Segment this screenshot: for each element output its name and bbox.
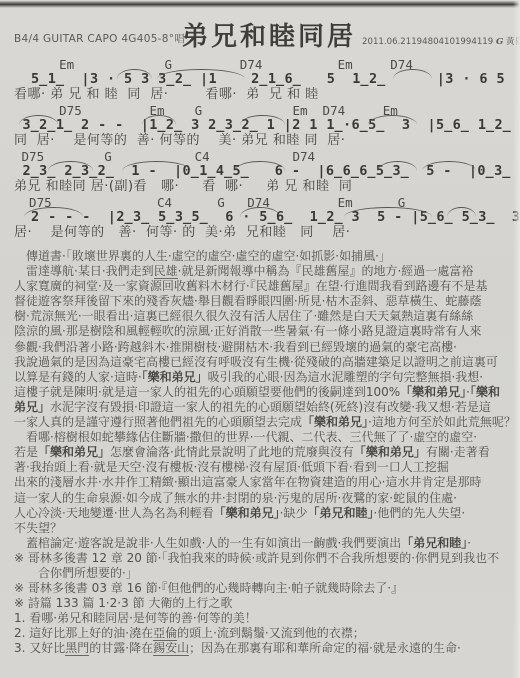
text-segment: 若是: [14, 445, 38, 459]
header: B4/4 GUITAR CAPO 4G405-8°唱 弟兄和睦同居 2011.0…: [14, 24, 506, 50]
text-segment: 出來的淺層水井·水井作工精緻·顯出這富豪人家當年在物資建造的用心·這水井肯定是那…: [14, 475, 481, 489]
text-segment: ※ 詩篇 133 篇 1·2·3 節 大衛的上行之歌: [14, 596, 232, 610]
text-segment: 怎麼會淪落·此情此景說明了此地的荒廢與沒有: [110, 445, 354, 459]
text-segment: ·就是新聞報導中稱為『民雄舊屋』的地方·經過一處富裕: [178, 264, 474, 278]
text-segment: 這一家人的生命泉源·如今成了無水的井·封閉的泉·污鬼的居所·夜鷺的家·蛇鼠的住處…: [14, 491, 457, 505]
scan-right-edge: [513, 0, 520, 678]
text-segment: 蓋棺論定·遊客說是說非·人生如戲·人的一生有如演出一齣戲·我們要演出: [26, 536, 401, 550]
text-segment: 人家寬廣的祠堂·及一家資源回收舊料木材行·『民雄舊屋』在望·行進間我看到路邊有不…: [14, 279, 487, 293]
prose-line: 合你們所想要的·」: [14, 566, 506, 581]
sheet-page: B4/4 GUITAR CAPO 4G405-8°唱 弟兄和睦同居 2011.0…: [0, 24, 520, 657]
song-meta: 2011.06.21194804101994119 G 黃昏的故鄉 劉瑞國: [362, 35, 520, 50]
text-segment: 著·我抬頭上看·就是天空·沒有樓板·沒有樓梯·沒有屋頂·低頭下看·看到一口人工挖…: [14, 460, 449, 474]
prose-line: 這樓子就是陳明·就是這一家人的祖先的心頭願望要他們的後嗣達到100%「樂和弟兄」…: [14, 385, 506, 400]
music-system: D75 Em G Em D74 Em 3̲2̲1̲ 2 - - |1̲2̲ 3 …: [14, 104, 506, 150]
text-segment: 人心冷淡·天地變遷·世人為名為利輕看: [14, 506, 214, 520]
proper-noun-underlined: 民雄: [154, 264, 178, 279]
prose-line: 不失望？: [14, 521, 506, 536]
text-segment: 3. 又好比: [14, 641, 65, 655]
proper-noun-underlined: 亞倫: [153, 626, 177, 641]
prose-line: 1. 看哪·弟兄和睦同居·是何等的善·何等的美！: [14, 611, 506, 626]
text-segment: 傳道書·「敗壞世界裏的人生·虛空的虛空·虛空的虛空·如抓影·如捕風·」: [26, 249, 391, 263]
testimony-text: 傳道書·「敗壞世界裏的人生·虛空的虛空·虛空的虛空·如抓影·如捕風·」雷達導航·…: [14, 249, 506, 657]
prose-line: 弟兄」水泥字沒有毀損·印證這一家人的祖先的心頭願望始終(死終)沒有改變·我又想·…: [14, 400, 506, 415]
scanned-song-sheet: { "header": { "left": "B4/4 GUITAR CAPO …: [0, 0, 520, 678]
prose-line: 以算是有錢的人家·這時·「樂和弟兄」吸引我的心眼·因為這水泥雕塑的字句完整無損·…: [14, 370, 506, 385]
prose-line: 樹·荒涼無光·一眼看出·這裏已經很久很久沒有活人居住了·雖然是白天天氣熱這裏有絲…: [14, 309, 506, 324]
prose-line: 陰涼的風·那是樹陰和風輕輕吹的涼風·正好消散一些暑氣·有一條小路見證這裏時常有人…: [14, 324, 506, 339]
note-line: 5̲1̲ |3 · 5 3 3̲2̲ |1 2̲1̲6̲ 5 1̲2̲ |3 ·…: [14, 72, 506, 87]
text-segment: 看哪·榕樹根如蛇攀緣佔住斷牆·撒但的世界·一代親、二代表、三代無了了·虛空的虛空…: [26, 430, 477, 444]
text-segment: ·缺少: [280, 506, 308, 520]
prose-line: ※ 哥林多後書 03 章 16 節·『但他們的心幾時轉向主·帕子就幾時除去了·』: [14, 581, 506, 596]
text-segment: 陰涼的風·那是樹陰和風輕輕吹的涼風·正好消散一些暑氣·有一條小路見證這裏時常有人…: [14, 324, 481, 338]
song-title: 弟兄和睦同居: [182, 24, 356, 50]
music-system: Em G D74 Em D74 5̲1̲ |3 · 5 3 3̲2̲ |1 2̲…: [14, 58, 506, 104]
prose-line: 我說過氣的是因為這豪宅高樓已經沒有呼吸沒有生機·從殘破的高牆建築足以證明之前這裏…: [14, 355, 506, 370]
prose-line: 看哪·榕樹根如蛇攀緣佔住斷牆·撒但的世界·一代親、二代表、三代無了了·虛空的虛空…: [14, 430, 506, 445]
text-segment: 吸引我的心眼·因為這水泥雕塑的字句完整無損·我想·: [208, 370, 483, 384]
text-segment: 水泥字沒有毀損·印證這一家人的祖先的心頭願望始終(死終)沒有改變·我又想·若是這: [50, 400, 491, 414]
lyric-line: 看哪· 弟 兄 和 睦 同 居· 看哪· 弟 兄 和 睦: [14, 87, 506, 103]
emphasized-text: 「樂和弟兄」: [302, 415, 368, 429]
prose-line: 3. 又好比黑門的甘露·降在錫安山；因為在那裏有耶和華所命定的福·就是永遠的生命…: [14, 641, 506, 656]
proper-noun-underlined: 黑門: [65, 641, 89, 656]
emphasized-text: 弟兄」: [14, 400, 50, 414]
text-segment: 一家人真的是謹守遵行照著他們祖先的心頭願望去完成: [14, 415, 302, 429]
text-segment: 我說過氣的是因為這豪宅高樓已經沒有呼吸沒有生機·從殘破的高牆建築足以證明之前這裏…: [14, 355, 498, 369]
text-segment: 的頭上·流到鬍鬚·又流到他的衣襟；: [177, 626, 365, 640]
text-segment: ·: [467, 536, 471, 550]
lyric-line: 弟兄 和睦同 居·(副)看 哪· 看 哪· 弟 兄 和睦 同: [14, 179, 506, 195]
emphasized-text: 「弟兄和睦」: [401, 536, 467, 550]
prose-line: 這一家人的生命泉源·如今成了無水的井·封閉的泉·污鬼的居所·夜鷺的家·蛇鼠的住處…: [14, 491, 506, 506]
text-segment: 的甘露·降在: [89, 641, 153, 655]
prose-line: 督徒遊客祭拜後留下來的殘香灰燼·舉目觀看睜眼四圍·所見·枯木歪斜、惡草橫生、蛇藤…: [14, 294, 506, 309]
emphasized-text: 「樂和弟兄」: [354, 445, 426, 459]
prose-line: ※ 詩篇 133 篇 1·2·3 節 大衛的上行之歌: [14, 596, 506, 611]
text-segment: 合你們所想要的·」: [38, 566, 138, 580]
prose-line: 人家寬廣的祠堂·及一家資源回收舊料木材行·『民雄舊屋』在望·行進間我看到路邊有不…: [14, 279, 506, 294]
emphasized-text: 「樂和弟兄」: [142, 370, 208, 384]
music-notation: Em G D74 Em D74 5̲1̲ |3 · 5 3 3̲2̲ |1 2̲…: [14, 58, 506, 242]
text-segment: 參觀·我們沿著小路·跨越斜木·推開樹枝·避開枯木·我看到已經毀壞的過氣的豪宅高樓…: [14, 340, 457, 354]
prose-line: 參觀·我們沿著小路·跨越斜木·推開樹枝·避開枯木·我看到已經毀壞的過氣的豪宅高樓…: [14, 340, 506, 355]
emphasized-text: 「弟兄和睦」: [307, 506, 373, 520]
emphasized-text: 「樂和弟兄」: [214, 506, 280, 520]
text-segment: 以算是有錢的人家·這時·: [14, 370, 142, 384]
tuning-capo-note: B4/4 GUITAR CAPO 4G405-8°唱: [14, 31, 182, 50]
chord-line: Em G D74 Em D74: [14, 58, 506, 72]
text-segment: 樹·荒涼無光·一眼看出·這裏已經很久很久沒有活人居住了·雖然是白天天氣熱這裏有絲…: [14, 309, 473, 323]
emphasized-text: 「樂和弟兄」: [38, 445, 110, 459]
text-segment: 督徒遊客祭拜後留下來的殘香灰燼·舉目觀看睜眼四圍·所見·枯木歪斜、惡草橫生、蛇藤…: [14, 294, 481, 308]
emphasized-text: 「樂和弟兄」: [400, 385, 466, 399]
scan-top-edge: [0, 0, 520, 8]
text-segment: 1. 看哪·弟兄和睦同居·是何等的善·何等的美！: [14, 611, 257, 625]
text-segment: ·這地方何至於如此荒無呢？: [368, 415, 516, 429]
prose-line: 人心冷淡·天地變遷·世人為名為利輕看「樂和弟兄」·缺少「弟兄和睦」·他們的先人失…: [14, 506, 506, 521]
prose-line: 出來的淺層水井·水井作工精緻·顯出這富豪人家當年在物資建造的用心·這水井肯定是那…: [14, 475, 506, 490]
prose-line: 一家人真的是謹守遵行照著他們祖先的心頭願望去完成「樂和弟兄」·這地方何至於如此荒…: [14, 415, 506, 430]
prose-line: 傳道書·「敗壞世界裏的人生·虛空的虛空·虛空的虛空·如抓影·如捕風·」: [14, 249, 506, 264]
prose-line: 雷達導航·某日·我們走到民雄·就是新聞報導中稱為『民雄舊屋』的地方·經過一處富裕: [14, 264, 506, 279]
prose-line: 若是「樂和弟兄」怎麼會淪落·此情此景說明了此地的荒廢與沒有「樂和弟兄」有關·走著…: [14, 445, 506, 460]
text-segment: ；因為在那裏有耶和華所命定的福·就是永遠的生命·: [189, 641, 461, 655]
text-segment: 不失望？: [14, 521, 62, 535]
text-segment: 2. 這好比那上好的油·澆在: [14, 626, 153, 640]
text-segment: ·他們的先人失望·: [374, 506, 466, 520]
text-segment: 雷達導航·某日·我們走到: [26, 264, 154, 278]
music-system: D75 C4 G D74 Em G 2 - - - |2̲3̲ 5̲3̲5̲ 6…: [14, 196, 506, 242]
text-segment: ※ 哥林多後書 12 章 20 節·「我怕我來的時候·或許見到你們不合我所想要的…: [14, 551, 499, 565]
prose-line: 著·我抬頭上看·就是天空·沒有樓板·沒有樓梯·沒有屋頂·低頭下看·看到一口人工挖…: [14, 460, 506, 475]
text-segment: 這樓子就是陳明·就是這一家人的祖先的心頭願望要他們的後嗣達到100%: [14, 385, 400, 399]
music-system: D75 G C4 D74 2̲3̲ 2̲3̲2̲ 1 - |0̲1̲4̲5̲ 6…: [14, 150, 506, 196]
emphasized-text: 「樂和: [470, 385, 500, 399]
prose-line: 蓋棺論定·遊客說是說非·人生如戲·人的一生有如演出一齣戲·我們要演出「弟兄和睦」…: [14, 536, 506, 551]
meta-dates: 2011.06.21194804101994119: [362, 37, 493, 47]
prose-line: ※ 哥林多後書 12 章 20 節·「我怕我來的時候·或許見到你們不合我所想要的…: [14, 551, 506, 566]
meta-key: G: [496, 37, 503, 47]
text-segment: ※ 哥林多後書 03 章 16 節·『但他們的心幾時轉向主·帕子就幾時除去了·』: [14, 581, 403, 595]
lyric-line: 同 居· 是何等的 善· 何等的 美· 弟兄 和睦 同 居·: [14, 133, 506, 149]
lyric-line: 居· 是何等的 善· 何等· 的 美·弟 兄和睦 同 居·: [14, 225, 506, 241]
proper-noun-underlined: 錫安山: [153, 641, 189, 656]
prose-line: 2. 這好比那上好的油·澆在亞倫的頭上·流到鬍鬚·又流到他的衣襟；: [14, 626, 506, 641]
text-segment: 有關·走著看: [426, 445, 490, 459]
